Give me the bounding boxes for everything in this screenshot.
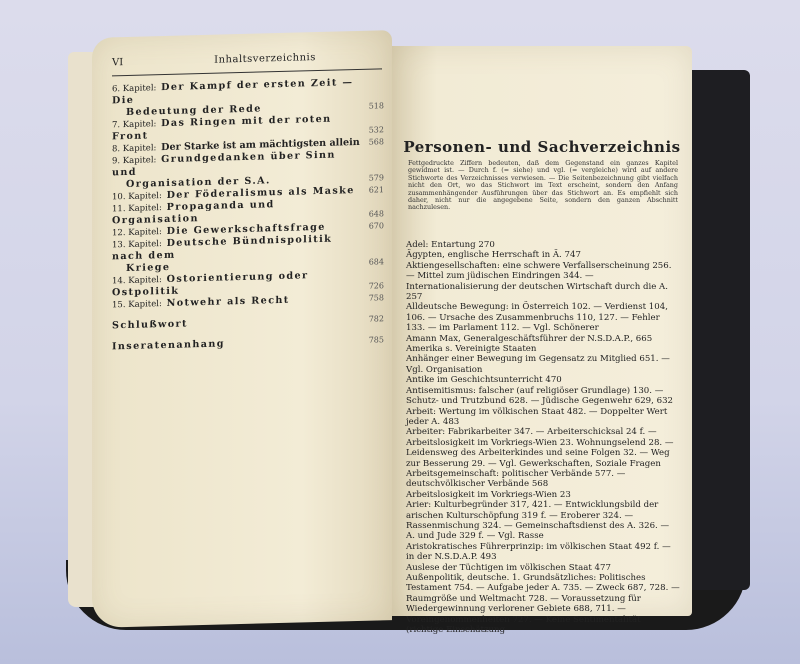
index-entry: Antisemitismus: falscher (auf religiöser… — [406, 386, 680, 407]
index-entry: Arbeiter: Fabrikarbeiter 347. — Arbeiter… — [406, 427, 680, 469]
index-entry: Amerika s. Vereinigte Staaten — [406, 344, 680, 354]
index-entry: Antike im Geschichtsunterricht 470 — [406, 375, 680, 385]
index-entry: Amann Max, Generalgeschäftsführer der N.… — [406, 334, 680, 344]
index-title: Personen- und Sachverzeichnis — [392, 138, 692, 156]
index-entry: Arbeitsgemeinschaft: politischer Verbänd… — [406, 469, 680, 490]
index-entry: Arbeitslosigkeit im Vorkriegs-Wien 23 — [406, 490, 680, 500]
right-page-index: Personen- und Sachverzeichnis Fettgedruc… — [392, 46, 692, 616]
index-entry: Adel: Entartung 270 — [406, 240, 680, 250]
index-entry: Aktiengesellschaften: eine schwere Verfa… — [406, 261, 680, 303]
running-head: VI Inhaltsverzeichnis — [112, 50, 378, 68]
toc-list: 6. Kapitel: Der Kampf der ersten Zeit — … — [112, 76, 384, 353]
book-cover-back — [690, 70, 750, 590]
index-entry: Aristokratisches Führerprinzip: im völki… — [406, 542, 680, 563]
index-entry: Auslese der Tüchtigen im völkischen Staa… — [406, 563, 680, 573]
index-list: Adel: Entartung 270 Ägypten, englische H… — [406, 240, 680, 635]
header-rule — [112, 68, 382, 76]
index-entry: Arbeit: Wertung im völkischen Staat 482.… — [406, 407, 680, 428]
left-page-table-of-contents: VI Inhaltsverzeichnis 6. Kapitel: Der Ka… — [92, 30, 392, 628]
index-entry: Anhänger einer Bewegung im Gegensatz zu … — [406, 354, 680, 375]
index-entry: Außenpolitik, deutsche. 1. Grundsätzlich… — [406, 573, 680, 635]
index-preface: Fettgedruckte Ziffern bedeuten, daß dem … — [408, 160, 678, 212]
running-title: Inhaltsverzeichnis — [152, 50, 378, 67]
index-entry: Arier: Kulturbegründer 317, 421. — Entwi… — [406, 500, 680, 542]
index-entry: Alldeutsche Bewegung: in Österreich 102.… — [406, 302, 680, 333]
page-number: VI — [112, 56, 152, 68]
index-entry: Ägypten, englische Herrschaft in Ä. 747 — [406, 250, 680, 260]
